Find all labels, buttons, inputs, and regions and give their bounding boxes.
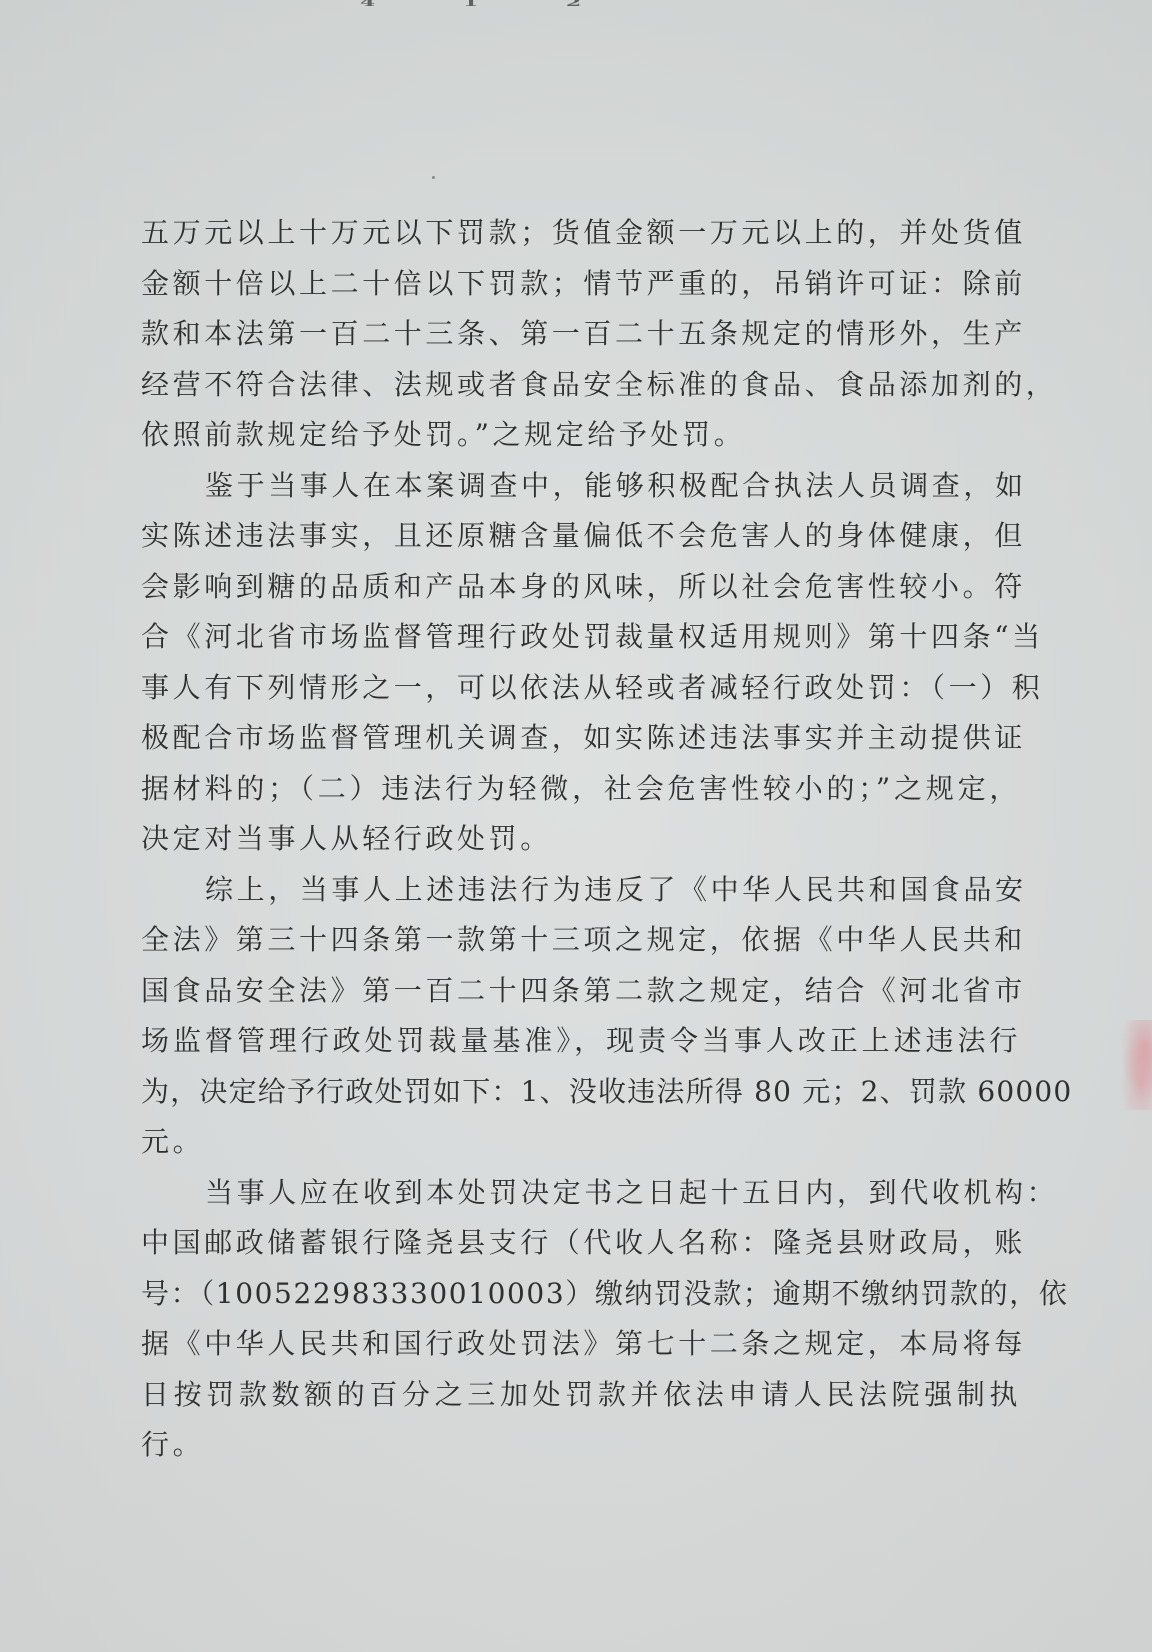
text-line: 款和本法第一百二十三条、第一百二十五条规定的情形外，生产 (141, 309, 1021, 360)
text-line: 据《中华人民共和国行政处罚法》第七十二条之规定，本局将每 (141, 1319, 1021, 1370)
text-line: 极配合市场监督管理机关调查，如实陈述违法事实并主动提供证 (141, 713, 1021, 764)
text-line: 行。 (141, 1420, 1021, 1471)
paragraph-decision: 综上，当事人上述违法行为违反了《中华人民共和国食品安 全法》第三十四条第一款第十… (141, 865, 1021, 1168)
text-line: 据材料的；（二）违法行为轻微，社会危害性较小的；”之规定， (141, 764, 1021, 815)
text-line: 日按罚款数额的百分之三加处罚款并依法申请人民法院强制执 (141, 1370, 1021, 1421)
paper-speck (432, 176, 435, 179)
text-line: 号：（100522983330010003）缴纳罚没款；逾期不缴纳罚款的，依 (141, 1269, 1021, 1320)
document-body: 五万元以上十万元以下罚款；货值金额一万元以上的，并处货值 金额十倍以上二十倍以下… (141, 208, 1021, 1471)
text-line: 五万元以上十万元以下罚款；货值金额一万元以上的，并处货值 (141, 208, 1021, 259)
paragraph-payment-instructions: 当事人应在收到本处罚决定书之日起十五日内，到代收机构： 中国邮政储蓄银行隆尧县支… (141, 1168, 1021, 1471)
red-seal-fragment (1116, 1020, 1152, 1110)
text-line: 国食品安全法》第一百二十四条第二款之规定，结合《河北省市 (141, 966, 1021, 1017)
text-line: 中国邮政储蓄银行隆尧县支行（代收人名称：隆尧县财政局，账 (141, 1218, 1021, 1269)
text-line: 决定对当事人从轻行政处罚。 (141, 814, 1021, 865)
text-line: 元。 (141, 1117, 1021, 1168)
text-line: 鉴于当事人在本案调查中，能够积极配合执法人员调查，如 (141, 461, 1021, 512)
text-line: 会影响到糖的品质和产品本身的风味，所以社会危害性较小。符 (141, 562, 1021, 613)
text-line: 综上，当事人上述违法行为违反了《中华人民共和国食品安 (141, 865, 1021, 916)
text-line: 场监督管理行政处罚裁量基准》，现责令当事人改正上述违法行 (141, 1016, 1021, 1067)
text-line: 合《河北省市场监督管理行政处罚裁量权适用规则》第十四条“当 (141, 612, 1021, 663)
text-line: 事人有下列情形之一，可以依法从轻或者减轻行政处罚：（一）积 (141, 663, 1021, 714)
text-line: 全法》第三十四条第一款第十三项之规定，依据《中华人民共和 (141, 915, 1021, 966)
text-line: 依照前款规定给予处罚。”之规定给予处罚。 (141, 410, 1021, 461)
header-fragment: 4 1 2 (360, 0, 621, 9)
text-line: 实陈述违法事实，且还原糖含量偏低不会危害人的身体健康，但 (141, 511, 1021, 562)
paragraph-mitigation: 鉴于当事人在本案调查中，能够积极配合执法人员调查，如 实陈述违法事实，且还原糖含… (141, 461, 1021, 865)
text-line: 当事人应在收到本处罚决定书之日起十五日内，到代收机构： (141, 1168, 1021, 1219)
text-line: 金额十倍以上二十倍以下罚款；情节严重的，吊销许可证：除前 (141, 259, 1021, 310)
text-line: 为，决定给予行政处罚如下：1、没收违法所得 80 元；2、罚款 60000 (141, 1067, 1021, 1118)
paragraph-penalty-provision: 五万元以上十万元以下罚款；货值金额一万元以上的，并处货值 金额十倍以上二十倍以下… (141, 208, 1021, 461)
text-line: 经营不符合法律、法规或者食品安全标准的食品、食品添加剂的， (141, 360, 1021, 411)
